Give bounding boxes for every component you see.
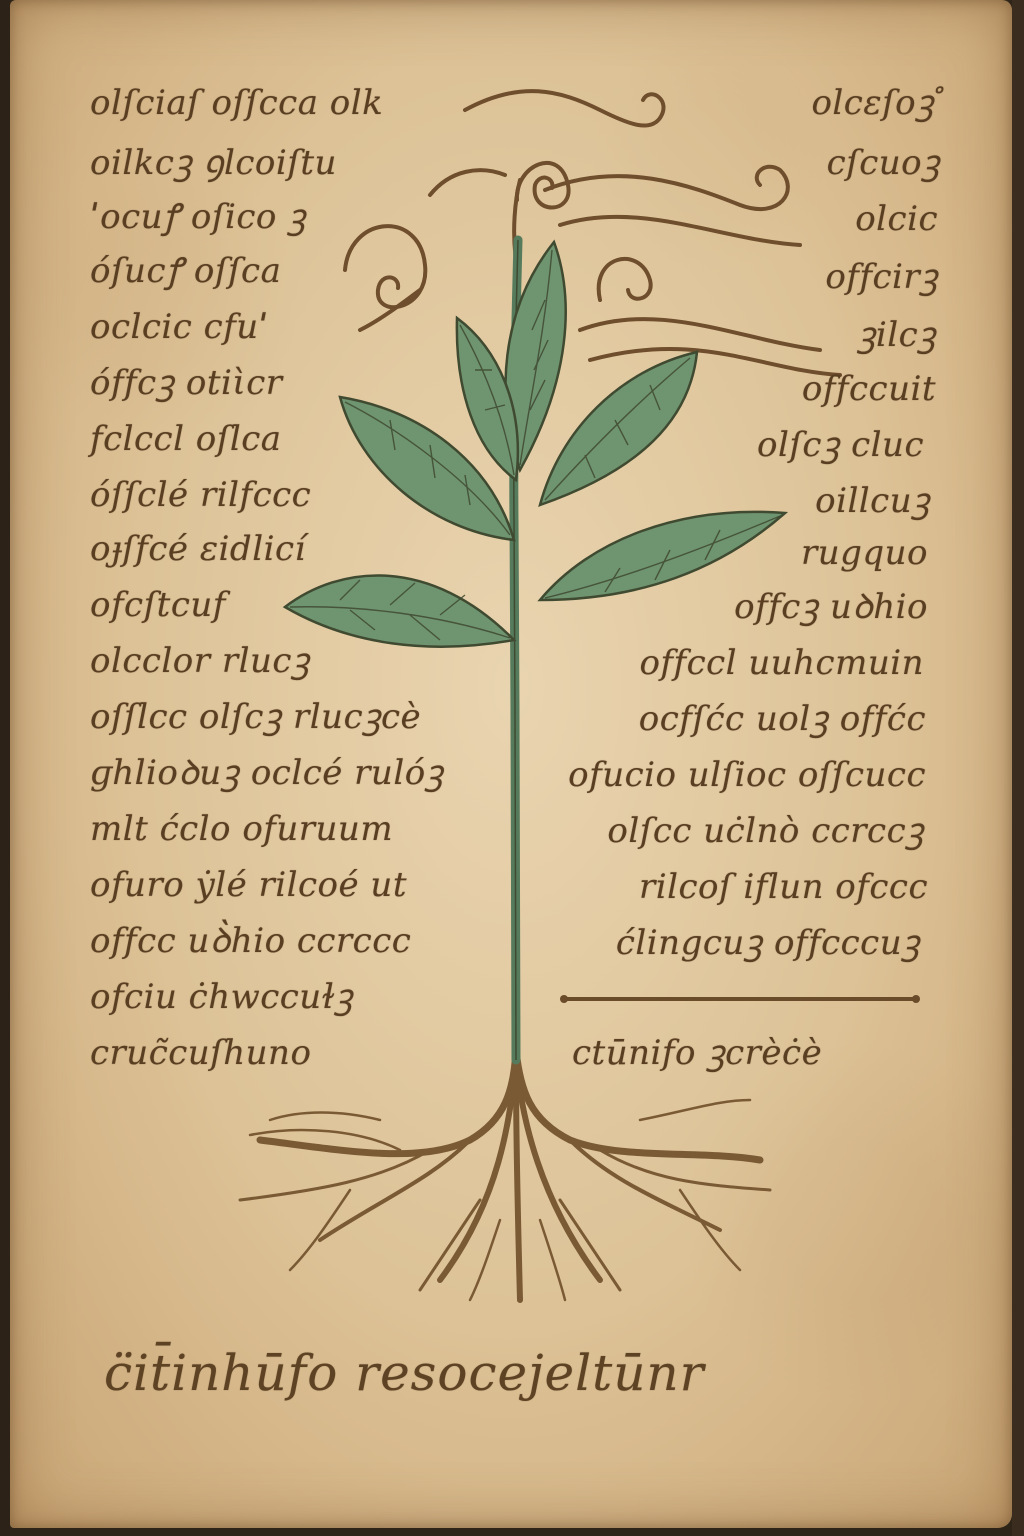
text-line: offccuit <box>802 372 936 406</box>
text-line: ɡhlioꝺuꝫ oclcé rulóꝫ <box>90 756 444 790</box>
wave-flourish-right-1 <box>545 167 788 209</box>
text-line: ofciu ċhwccuɫꝫ <box>90 980 353 1014</box>
text-line: offccl uuhcmuin <box>639 646 924 680</box>
text-line: óffcꝫ otiὶcr <box>90 366 283 400</box>
text-line: offcꝫ uꝺhio <box>734 590 928 624</box>
text-line: cſcuoꝫ <box>827 146 940 180</box>
text-line: rilcoſ iflun ofccc <box>639 870 928 904</box>
text-line: oclcic cfuˈ <box>90 310 269 344</box>
text-line: oilkcꝫ ꝯlcoiſtu <box>90 146 337 180</box>
text-line: fclccl oſlca <box>90 422 282 456</box>
leaves <box>285 242 785 647</box>
text-line: offcc uꝺ̀hio ccrccc <box>90 924 411 958</box>
text-line: óſucꝭ oſſca <box>90 254 281 288</box>
text-line: olcic <box>855 202 938 236</box>
text-line: oillcuꝫ <box>815 484 930 518</box>
text-line: ofcſtcuf <box>90 588 226 622</box>
leaf-lower-left <box>285 575 514 646</box>
text-line: cruc̃cuſhuno <box>90 1036 311 1070</box>
text-line: óſſclé rilfccc <box>90 478 311 512</box>
section-divider <box>562 997 918 1001</box>
text-line: rugquo <box>801 536 928 570</box>
spiral-flourish-right <box>599 259 651 300</box>
text-line: oſſlcc olſcꝫ rlucꝫcè <box>90 700 421 734</box>
wave-flourish-right-3 <box>580 319 820 350</box>
text-line: olcclor rlucꝫ <box>90 644 310 678</box>
text-line: offcirꝫ <box>825 260 938 294</box>
text-line: olſcc uċlnò ccrccꝫ <box>607 814 924 848</box>
text-line: mlt ćclo ofuruum <box>90 812 393 846</box>
text-line: olſciaſ oſſcca olk <box>90 86 383 120</box>
text-line: olcɛſoꝫ̊ <box>811 86 934 120</box>
spiral-flourish-top <box>465 91 664 126</box>
leaf-upper-right <box>540 352 697 505</box>
flourish-swirls <box>345 91 840 375</box>
text-line: ofucio ulſioc oſſcucc <box>568 758 926 792</box>
text-line: ꝫilcꝫ <box>858 318 936 352</box>
closing-line: ctūnifo ꝫcrèċè <box>572 1036 822 1070</box>
text-line: ćlingcuꝫ offcccuꝫ <box>616 926 920 960</box>
roots <box>240 1050 770 1300</box>
text-line: olſcꝫ cluc <box>757 428 924 462</box>
wave-flourish-right-2 <box>560 217 800 245</box>
text-line: ˈocuꝭ oſico ꝫ <box>90 200 306 234</box>
text-line: oɟſfcé ɛidlicí <box>90 532 306 566</box>
text-line: ofuro ẏlé rilcoé ut <box>90 868 407 902</box>
text-line: ocfſćc uolꝫ offćc <box>639 702 926 736</box>
footer-title: c̈it̄inhūfo resocejeltūnr <box>104 1344 705 1402</box>
